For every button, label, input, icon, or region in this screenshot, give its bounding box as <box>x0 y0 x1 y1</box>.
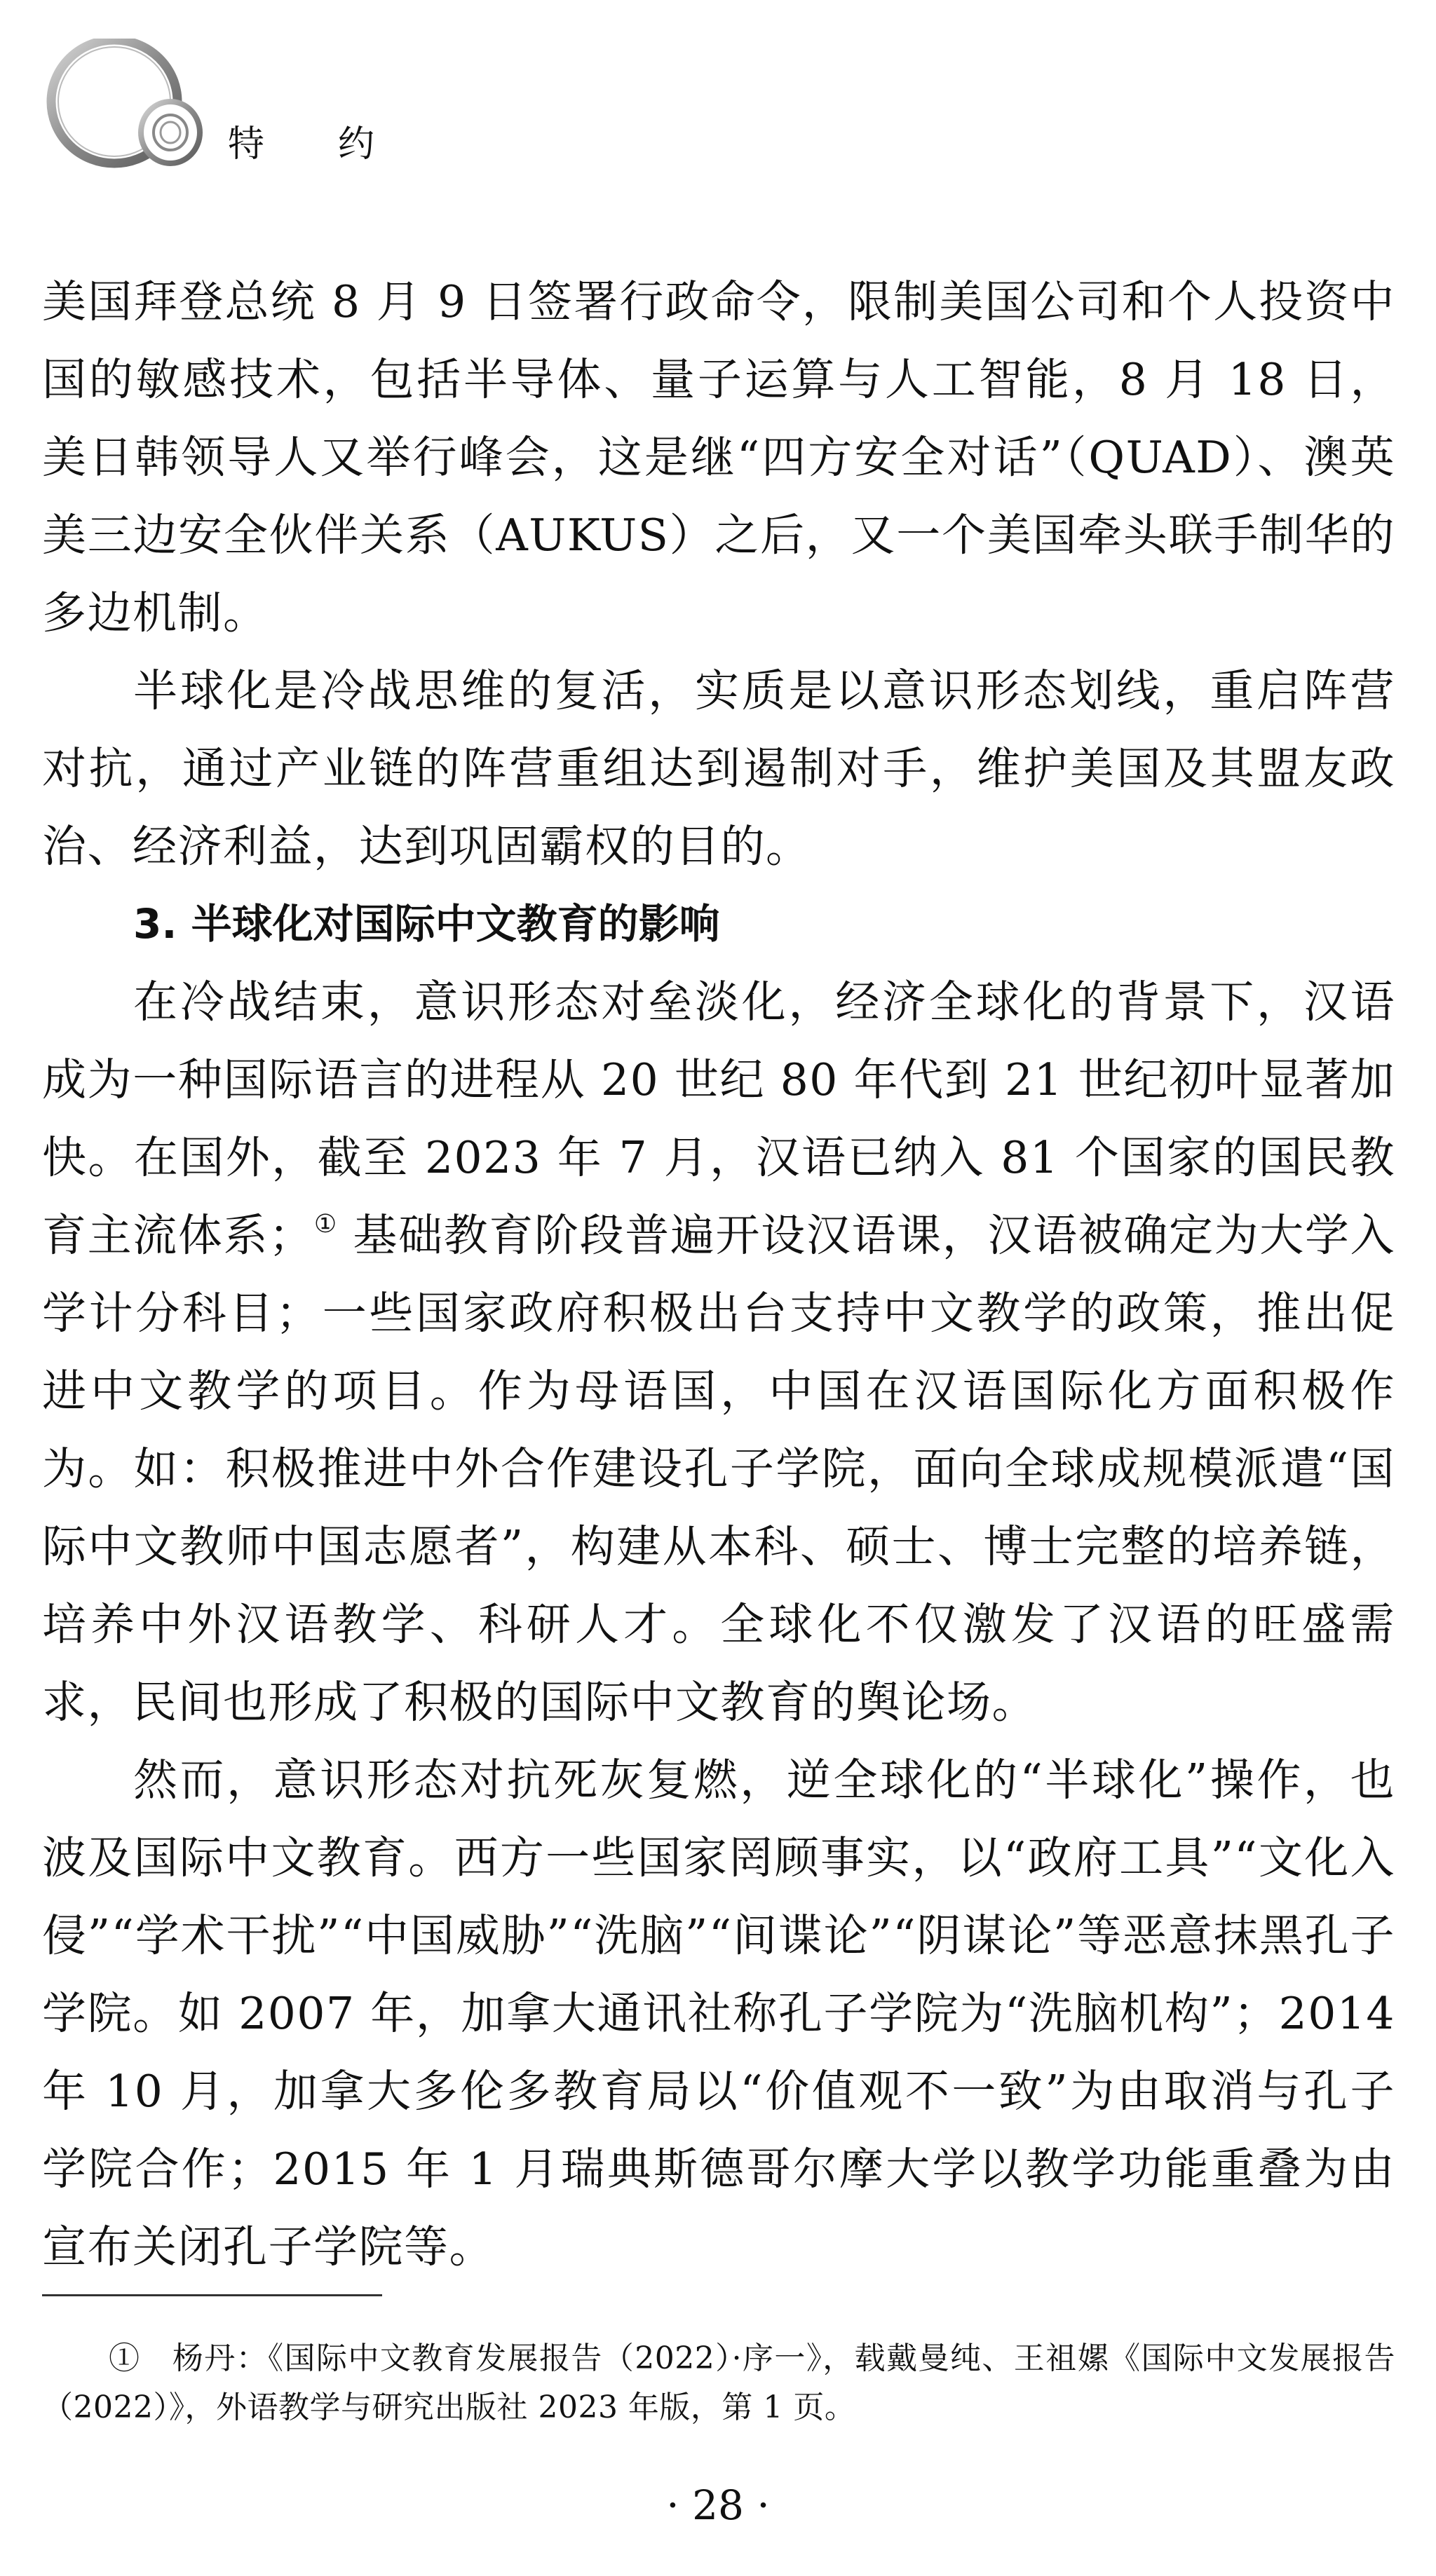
paragraph-2: 半球化是冷战思维的复活，实质是以意识形态划线，重启阵营对抗，通过产业链的阵营重组… <box>42 652 1395 885</box>
article-body: 美国拜登总统 8 月 9 日签署行政命令，限制美国公司和个人投资中国的敏感技术，… <box>42 263 1395 2286</box>
page-header: 特约 <box>39 39 600 172</box>
section-title-char-1: 特 <box>228 114 264 167</box>
paragraph-3: 在冷战结束，意识形态对垒淡化，经济全球化的背景下，汉语成为一种国际语言的进程从 … <box>42 963 1395 1741</box>
paragraph-1: 美国拜登总统 8 月 9 日签署行政命令，限制美国公司和个人投资中国的敏感技术，… <box>42 263 1395 652</box>
two-rings-logo-icon <box>39 39 207 172</box>
footnote-divider <box>42 2294 382 2296</box>
footnote-text: ① 杨丹：《国际中文教育发展报告（2022）·序一》，载戴曼纯、王祖嫘《国际中文… <box>42 2334 1395 2432</box>
footnote: ① 杨丹：《国际中文教育发展报告（2022）·序一》，载戴曼纯、王祖嫘《国际中文… <box>42 2334 1395 2432</box>
paragraph-4: 然而，意识形态对抗死灰复燃，逆全球化的“半球化”操作，也波及国际中文教育。西方一… <box>42 1741 1395 2286</box>
section-title: 特约 <box>228 114 374 167</box>
section-title-char-2: 约 <box>338 114 374 167</box>
footnote-reference[interactable]: ① <box>314 1210 338 1239</box>
paragraph-3-part-2: 基础教育阶段普遍开设汉语课，汉语被确定为大学入学计分科目；一些国家政府积极出台支… <box>42 1210 1395 1728</box>
page-number: · 28 · <box>0 2481 1436 2529</box>
section-heading: 3. 半球化对国际中文教育的影响 <box>42 885 1395 963</box>
